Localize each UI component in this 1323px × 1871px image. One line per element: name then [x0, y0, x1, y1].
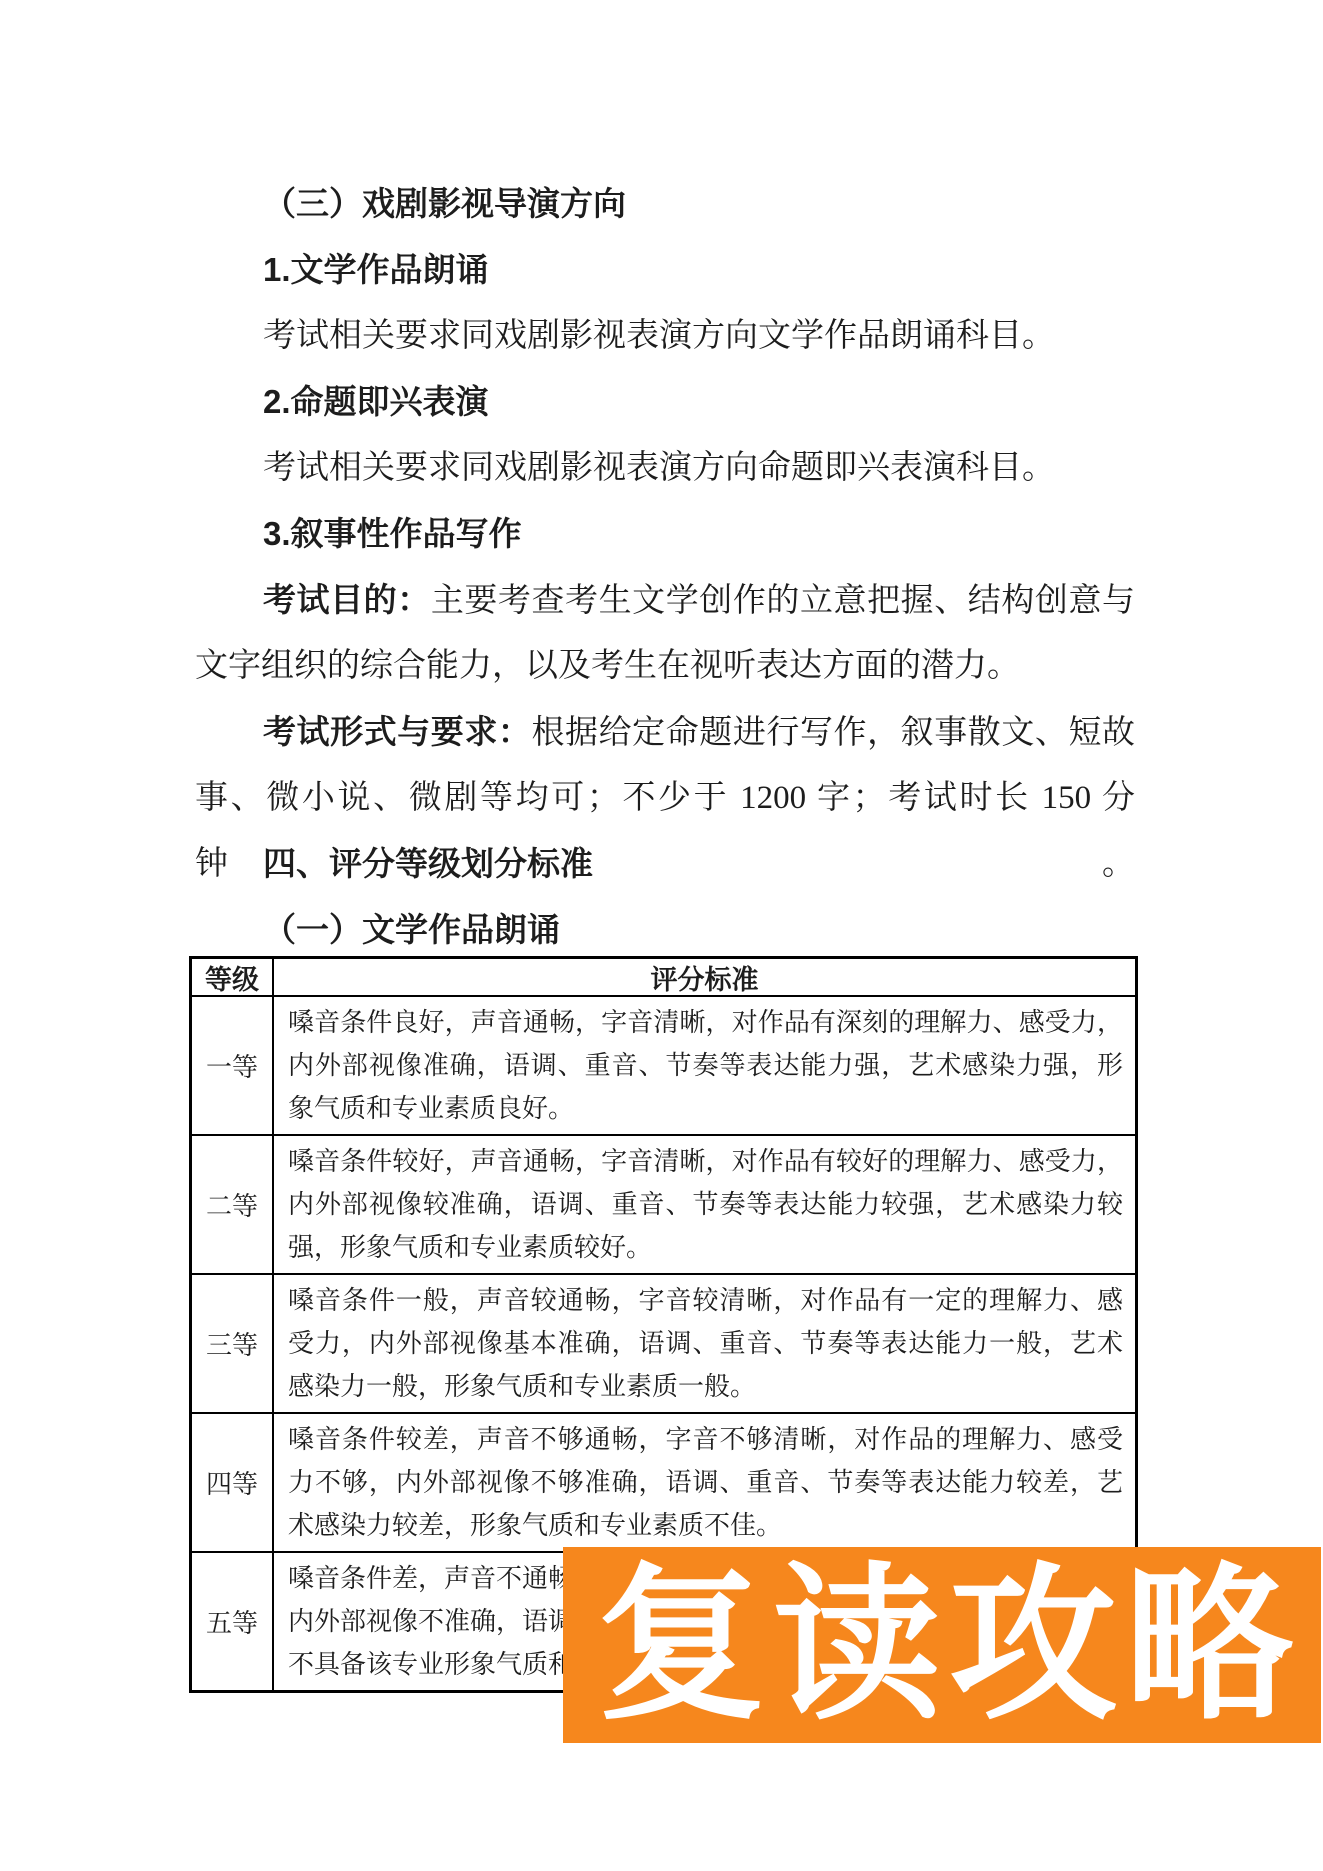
criteria-cell: 嗓音条件一般，声音较通畅，字音较清晰，对作品有一定的理解力、感 受力，内外部视像…	[274, 1275, 1135, 1412]
paragraph-exam-purpose-line2: 文字组织的综合能力，以及考生在视听表达方面的潜力。	[195, 633, 1135, 699]
exam-format-label: 考试形式与要求：	[263, 713, 531, 750]
table-row: 二等 嗓音条件较好，声音通畅，字音清晰，对作品有较好的理解力、感受力， 内外部视…	[192, 1134, 1135, 1273]
header-grade: 等级	[192, 959, 274, 995]
subheading-improv-performance: 2.命题即兴表演	[195, 369, 1135, 435]
subsection-heading-recitation: （一）文学作品朗诵	[195, 897, 1135, 963]
criteria-line: 受力，内外部视像基本准确，语调、重音、节奏等表达能力一般，艺术	[288, 1322, 1123, 1365]
exam-purpose-label: 考试目的：	[263, 581, 431, 618]
paragraph-exam-format-line2: 事、微小说、微剧等均可；不少于 1200 字；考试时长 150 分钟。	[195, 765, 1135, 831]
paragraph-recitation-note: 考试相关要求同戏剧影视表演方向文学作品朗诵科目。	[195, 303, 1135, 369]
grade-label: 三等	[192, 1275, 274, 1412]
criteria-line: 嗓音条件较好，声音通畅，字音清晰，对作品有较好的理解力、感受力，	[288, 1140, 1123, 1183]
criteria-line: 力不够，内外部视像不够准确，语调、重音、节奏等表达能力较差，艺	[288, 1461, 1123, 1504]
subheading-literary-recitation: 1.文学作品朗诵	[195, 237, 1135, 303]
paragraph-exam-format-line1: 考试形式与要求：根据给定命题进行写作，叙事散文、短故	[195, 699, 1135, 765]
header-criteria: 评分标准	[274, 959, 1135, 995]
criteria-line: 内外部视像较准确，语调、重音、节奏等表达能力较强，艺术感染力较	[288, 1183, 1123, 1226]
table-row: 四等 嗓音条件较差，声音不够通畅，字音不够清晰，对作品的理解力、感受 力不够，内…	[192, 1412, 1135, 1551]
table-row: 一等 嗓音条件良好，声音通畅，字音清晰，对作品有深刻的理解力、感受力， 内外部视…	[192, 995, 1135, 1134]
grade-label: 四等	[192, 1414, 274, 1551]
paragraph-improv-note: 考试相关要求同戏剧影视表演方向命题即兴表演科目。	[195, 435, 1135, 501]
document-page: （三）戏剧影视导演方向 1.文学作品朗诵 考试相关要求同戏剧影视表演方向文学作品…	[0, 0, 1323, 1871]
table-header-row: 等级 评分标准	[192, 959, 1135, 995]
criteria-line: 内外部视像准确，语调、重音、节奏等表达能力强，艺术感染力强，形	[288, 1044, 1123, 1087]
criteria-line: 象气质和专业素质良好。	[288, 1087, 1123, 1130]
exam-format-text: 根据给定命题进行写作，叙事散文、短故	[531, 715, 1135, 751]
paragraph-exam-purpose-line1: 考试目的：主要考查考生文学创作的立意把握、结构创意与	[195, 567, 1135, 633]
exam-purpose-text: 主要考查考生文学创作的立意把握、结构创意与	[431, 583, 1135, 619]
criteria-line: 强，形象气质和专业素质较好。	[288, 1226, 1123, 1269]
grade-label: 一等	[192, 997, 274, 1134]
criteria-line: 嗓音条件较差，声音不够通畅，字音不够清晰，对作品的理解力、感受	[288, 1418, 1123, 1461]
criteria-line: 感染力一般，形象气质和专业素质一般。	[288, 1365, 1123, 1408]
section-heading-grading-criteria: 四、评分等级划分标准	[195, 831, 1135, 897]
section-heading-directing: （三）戏剧影视导演方向	[195, 171, 1135, 237]
criteria-line: 嗓音条件良好，声音通畅，字音清晰，对作品有深刻的理解力、感受力，	[288, 1001, 1123, 1044]
table-row: 三等 嗓音条件一般，声音较通畅，字音较清晰，对作品有一定的理解力、感 受力，内外…	[192, 1273, 1135, 1412]
grade-label: 五等	[192, 1553, 274, 1690]
subheading-narrative-writing: 3.叙事性作品写作	[195, 501, 1135, 567]
watermark-banner: 复读攻略	[563, 1547, 1321, 1743]
criteria-cell: 嗓音条件较好，声音通畅，字音清晰，对作品有较好的理解力、感受力， 内外部视像较准…	[274, 1136, 1135, 1273]
criteria-line: 术感染力较差，形象气质和专业素质不佳。	[288, 1504, 1123, 1547]
grade-label: 二等	[192, 1136, 274, 1273]
criteria-line: 嗓音条件一般，声音较通畅，字音较清晰，对作品有一定的理解力、感	[288, 1279, 1123, 1322]
criteria-cell: 嗓音条件良好，声音通畅，字音清晰，对作品有深刻的理解力、感受力， 内外部视像准确…	[274, 997, 1135, 1134]
criteria-cell: 嗓音条件较差，声音不够通畅，字音不够清晰，对作品的理解力、感受 力不够，内外部视…	[274, 1414, 1135, 1551]
